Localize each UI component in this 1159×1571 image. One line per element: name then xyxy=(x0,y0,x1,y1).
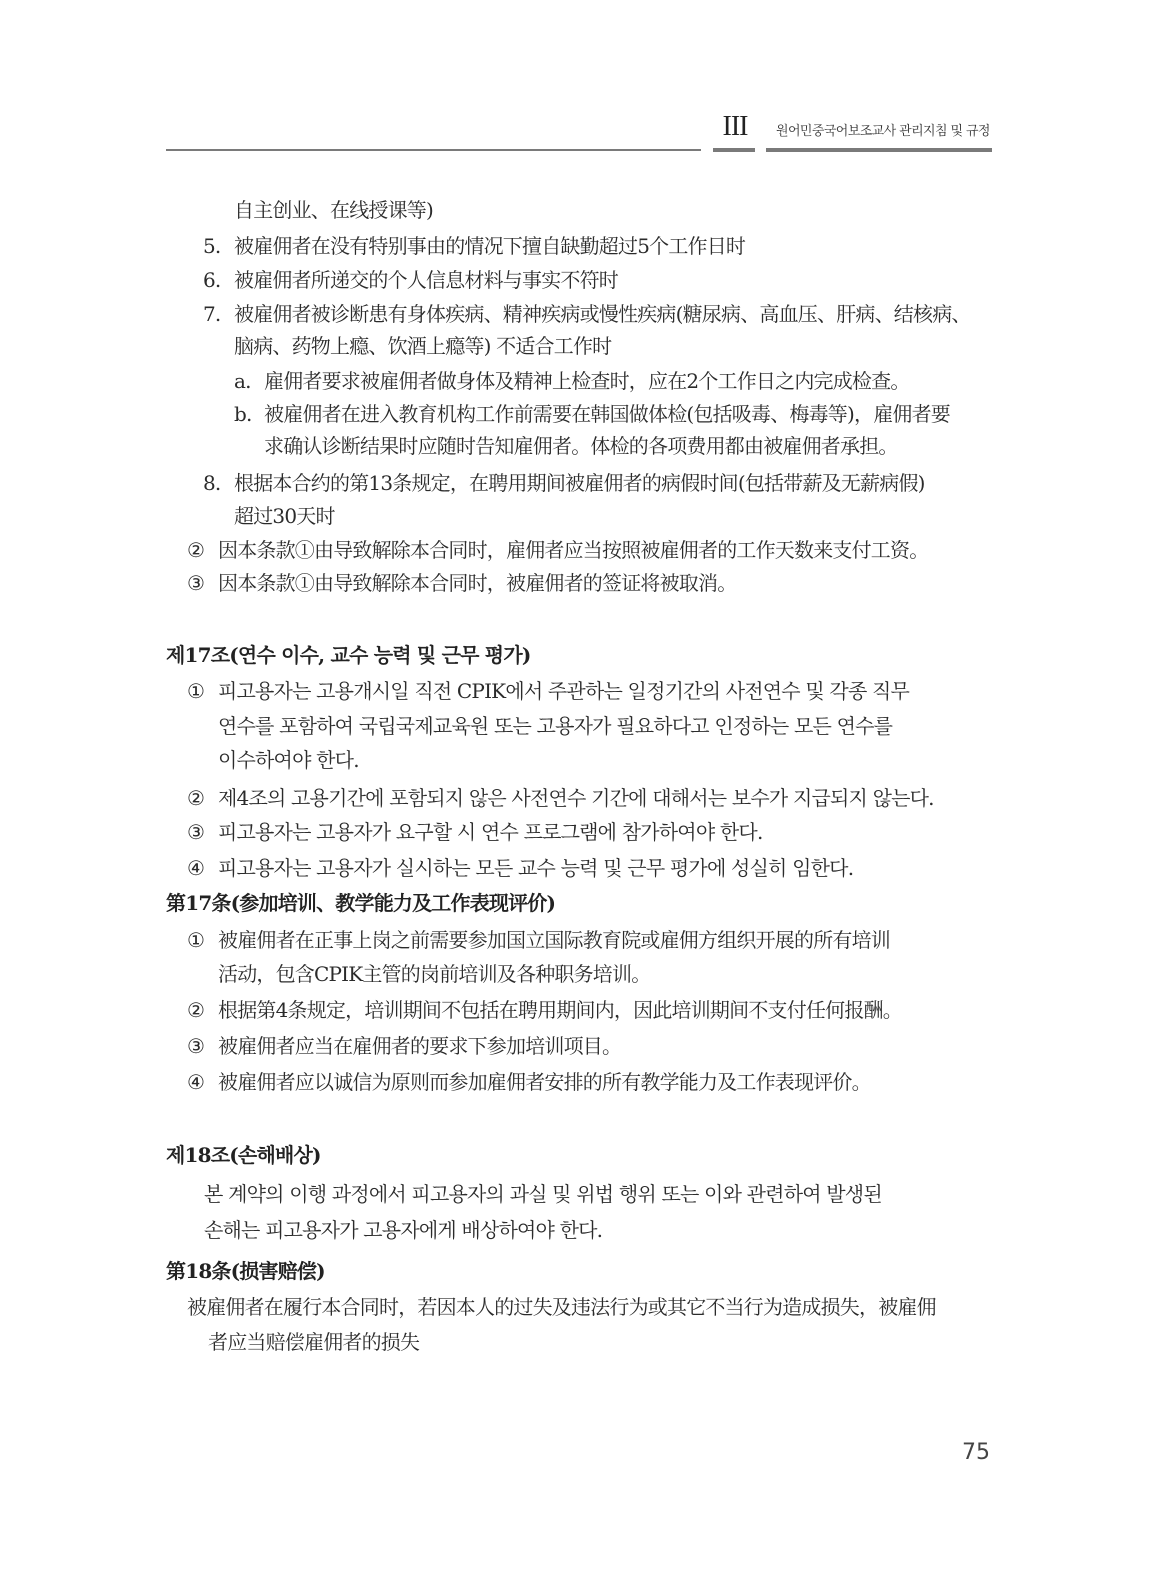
clause-text: 被雇佣者应以诚信为原则而参加雇佣者安排的所有教学能力及工作表现评价。 xyxy=(218,1070,871,1094)
clause-number: ③ xyxy=(187,1032,218,1060)
page-number: 75 xyxy=(962,1440,990,1465)
clause-3: ③因本条款①由导致解除本合同时，被雇佣者的签证将被取消。 xyxy=(187,569,736,597)
clause-1: ①被雇佣者在正事上岗之前需要参加国立国际教育院或雇佣方组织开展的所有培训 xyxy=(187,926,890,954)
clause-text: 피고용자는 고용자가 실시하는 모든 교수 능력 및 근무 평가에 성실히 임한… xyxy=(218,856,853,880)
clause-text: 제4조의 고용기간에 포함되지 않은 사전연수 기간에 대해서는 보수가 지급되… xyxy=(218,786,934,810)
article-17-ko-heading: 제17조(연수 이수, 교수 능력 및 근무 평가) xyxy=(166,641,531,669)
article-18-ko-text-continuation: 손해는 피고용자가 고용자에게 배상하여야 한다. xyxy=(204,1216,602,1244)
clause-number: ② xyxy=(187,784,218,812)
clause-2: ②根据第4条规定，培训期间不包括在聘用期间内，因此培训期间不支付任何报酬。 xyxy=(187,996,902,1024)
subitem-letter: b. xyxy=(234,400,264,428)
continuation-text: 自主创业、在线授课等) xyxy=(234,196,433,224)
article-18-zh-heading: 第18条(损害赔偿) xyxy=(166,1257,325,1285)
page-header: III 원어민중국어보조교사 관리지침 및 규정 xyxy=(0,0,1159,160)
subitem-b: b.被雇佣者在进入教育机构工作前需要在韩国做体检(包括吸毒、梅毒等)，雇佣者要 xyxy=(234,400,950,428)
clause-3: ③피고용자는 고용자가 요구할 시 연수 프로그램에 참가하여야 한다. xyxy=(187,818,763,846)
subitem-b-continuation: 求确认诊断结果时应随时告知雇佣者。体检的各项费用都由被雇佣者承担。 xyxy=(264,432,898,460)
clause-text: 被雇佣者在正事上岗之前需要参加国立国际教育院或雇佣方组织开展的所有培训 xyxy=(218,928,890,952)
clause-number: ② xyxy=(187,996,218,1024)
article-17-zh-heading: 第17条(参加培训、教学能力及工作表现评价) xyxy=(166,889,555,917)
article-18-zh-text-continuation: 者应当赔偿雇佣者的损失 xyxy=(208,1328,419,1356)
clause-1: ①피고용자는 고용개시일 직전 CPIK에서 주관하는 일정기간의 사전연수 및… xyxy=(187,677,909,705)
chapter-numeral: III xyxy=(716,112,754,142)
article-18-ko-heading: 제18조(손해배상) xyxy=(166,1141,321,1169)
clause-2: ②제4조의 고용기간에 포함되지 않은 사전연수 기간에 대해서는 보수가 지급… xyxy=(187,784,934,812)
clause-number: ④ xyxy=(187,854,218,882)
item-text: 被雇佣者所递交的个人信息材料与事实不符时 xyxy=(234,268,618,292)
article-18-ko-text: 본 계약의 이행 과정에서 피고용자의 과실 및 위법 행위 또는 이와 관련하… xyxy=(204,1180,882,1208)
clause-text: 피고용자는 고용개시일 직전 CPIK에서 주관하는 일정기간의 사전연수 및 … xyxy=(218,679,909,703)
clause-number: ③ xyxy=(187,818,218,846)
clause-number: ① xyxy=(187,677,218,705)
clause-text: 因本条款①由导致解除本合同时，被雇佣者的签证将被取消。 xyxy=(218,571,736,595)
clause-1-continuation: 活动，包含CPIK主管的岗前培训及各种职务培训。 xyxy=(218,960,650,988)
item-number: 7. xyxy=(203,300,234,328)
article-18-zh-text: 被雇佣者在履行本合同时，若因本人的过失及违法行为或其它不当行为造成损失，被雇佣 xyxy=(187,1293,936,1321)
header-rule-left xyxy=(166,149,701,151)
list-item-8-continuation: 超过30天时 xyxy=(234,502,335,530)
item-number: 5. xyxy=(203,232,234,260)
clause-text: 被雇佣者应当在雇佣者的要求下参加培训项目。 xyxy=(218,1034,621,1058)
item-text: 被雇佣者被诊断患有身体疾病、精神疾病或慢性疾病(糖尿病、高血压、肝病、结核病、 xyxy=(234,302,971,326)
item-text: 被雇佣者在没有特别事由的情况下擅自缺勤超过5个工作日时 xyxy=(234,234,745,258)
subitem-text: 雇佣者要求被雇佣者做身体及精神上检查时，应在2个工作日之内完成检查。 xyxy=(264,369,910,393)
header-rule-right xyxy=(766,148,992,152)
clause-number: ① xyxy=(187,926,218,954)
item-text: 根据本合约的第13条规定，在聘用期间被雇佣者的病假时间(包括带薪及无薪病假) xyxy=(234,471,925,495)
clause-text: 根据第4条规定，培训期间不包括在聘用期间内，因此培训期间不支付任何报酬。 xyxy=(218,998,902,1022)
clause-2: ②因本条款①由导致解除本合同时，雇佣者应当按照被雇佣者的工作天数来支付工资。 xyxy=(187,536,928,564)
subitem-a: a.雇佣者要求被雇佣者做身体及精神上检查时，应在2个工作日之内完成检查。 xyxy=(234,367,910,395)
clause-3: ③被雇佣者应当在雇佣者的要求下参加培训项目。 xyxy=(187,1032,621,1060)
clause-number: ④ xyxy=(187,1068,218,1096)
clause-text: 因本条款①由导致解除本合同时，雇佣者应当按照被雇佣者的工作天数来支付工资。 xyxy=(218,538,928,562)
clause-text: 피고용자는 고용자가 요구할 시 연수 프로그램에 참가하여야 한다. xyxy=(218,820,763,844)
clause-4: ④被雇佣者应以诚信为原则而参加雇佣者安排的所有教学能力及工作表现评价。 xyxy=(187,1068,871,1096)
item-number: 8. xyxy=(203,469,234,497)
header-rule-under-numeral xyxy=(713,148,755,152)
item-number: 6. xyxy=(203,266,234,294)
list-item-7: 7.被雇佣者被诊断患有身体疾病、精神疾病或慢性疾病(糖尿病、高血压、肝病、结核病… xyxy=(203,300,971,328)
list-item-7-continuation: 脑病、药物上瘾、饮酒上瘾等) 不适合工作时 xyxy=(234,332,611,360)
clause-number: ② xyxy=(187,536,218,564)
clause-1-continuation: 연수를 포함하여 국립국제교육원 또는 고용자가 필요하다고 인정하는 모든 연… xyxy=(218,712,892,740)
clause-1-continuation: 이수하여야 한다. xyxy=(218,746,359,774)
clause-4: ④피고용자는 고용자가 실시하는 모든 교수 능력 및 근무 평가에 성실히 임… xyxy=(187,854,853,882)
list-item-5: 5.被雇佣者在没有特别事由的情况下擅自缺勤超过5个工作日时 xyxy=(203,232,745,260)
clause-number: ③ xyxy=(187,569,218,597)
chapter-title: 원어민중국어보조교사 관리지침 및 규정 xyxy=(776,120,990,139)
subitem-letter: a. xyxy=(234,367,264,395)
list-item-6: 6.被雇佣者所递交的个人信息材料与事实不符时 xyxy=(203,266,618,294)
list-item-8: 8.根据本合约的第13条规定，在聘用期间被雇佣者的病假时间(包括带薪及无薪病假) xyxy=(203,469,925,497)
subitem-text: 被雇佣者在进入教育机构工作前需要在韩国做体检(包括吸毒、梅毒等)，雇佣者要 xyxy=(264,402,950,426)
